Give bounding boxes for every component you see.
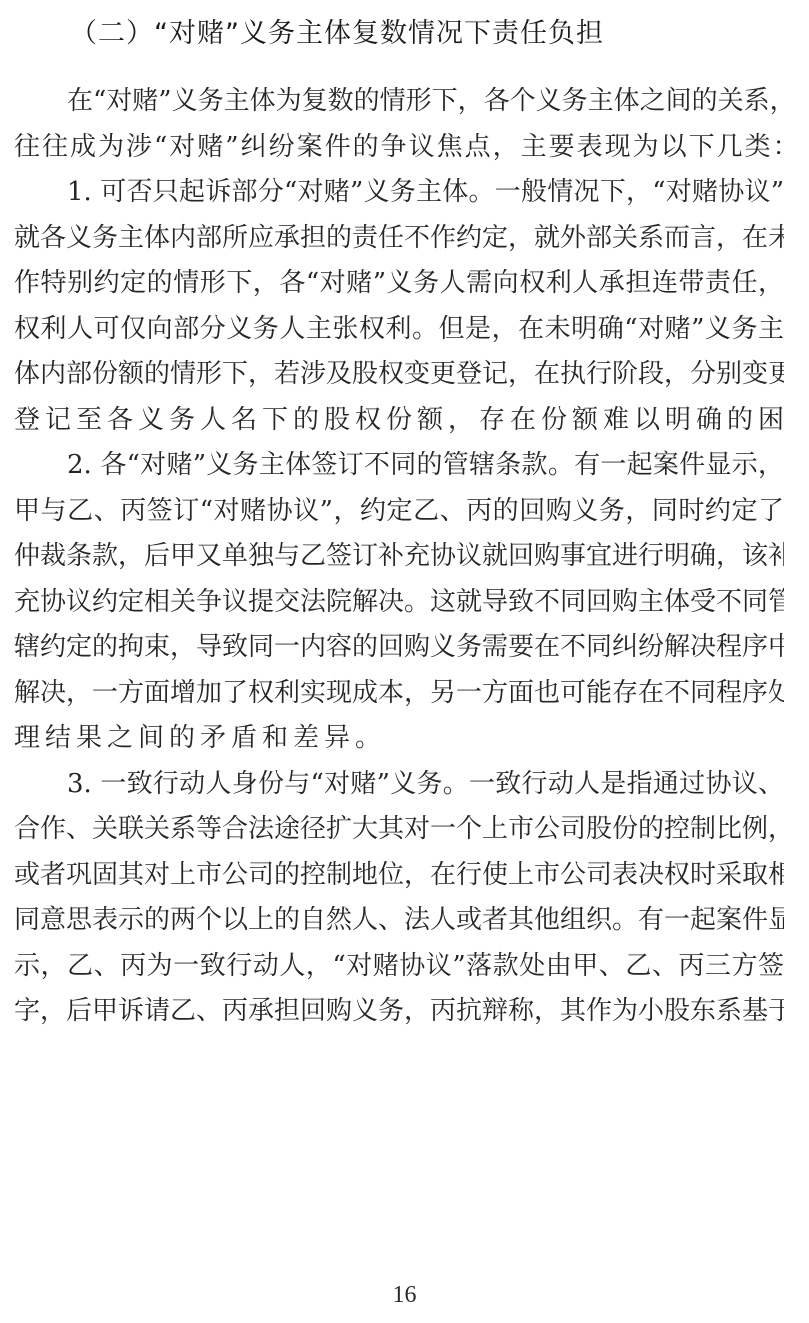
text-line: 仲裁条款，后甲又单独与乙签订补充协议就回购事宜进行明确，该补 xyxy=(14,534,784,580)
paragraph-item-3: 3. 一致行动人身份与“对赌”义务。一致行动人是指通过协议、 合作、关联关系等合… xyxy=(14,762,784,1035)
text-line: 1. 可否只起诉部分“对赌”义务主体。一般情况下，“对赌协议” xyxy=(14,170,784,216)
text-line: 或者巩固其对上市公司的控制地位，在行使上市公司表决权时采取相 xyxy=(14,853,784,899)
body-text: 在“对赌”义务主体为复数的情形下，各个义务主体之间的关系， 往往成为涉“对赌”纠… xyxy=(14,79,784,1035)
text-line: 作特别约定的情形下，各“对赌”义务人需向权利人承担连带责任， xyxy=(14,261,784,307)
text-line: 在“对赌”义务主体为复数的情形下，各个义务主体之间的关系， xyxy=(14,79,784,125)
text-line: 3. 一致行动人身份与“对赌”义务。一致行动人是指通过协议、 xyxy=(14,762,784,808)
text-line: 充协议约定相关争议提交法院解决。这就导致不同回购主体受不同管 xyxy=(14,580,784,626)
text-line: 体内部份额的情形下，若涉及股权变更登记，在执行阶段，分别变更 xyxy=(14,352,784,398)
paragraph-item-1: 1. 可否只起诉部分“对赌”义务主体。一般情况下，“对赌协议” 就各义务主体内部… xyxy=(14,170,784,443)
text-line: 登记至各义务人名下的股权份额，存在份额难以明确的困难。 xyxy=(14,398,784,444)
text-line: 解决，一方面增加了权利实现成本，另一方面也可能存在不同程序处 xyxy=(14,671,784,717)
paragraph-intro: 在“对赌”义务主体为复数的情形下，各个义务主体之间的关系， 往往成为涉“对赌”纠… xyxy=(14,79,784,170)
text-line: 辖约定的拘束，导致同一内容的回购义务需要在不同纠纷解决程序中 xyxy=(14,625,784,671)
text-line: 理结果之间的矛盾和差异。 xyxy=(14,716,784,762)
text-line: 往往成为涉“对赌”纠纷案件的争议焦点，主要表现为以下几类： xyxy=(14,125,784,171)
paragraph-item-2: 2. 各“对赌”义务主体签订不同的管辖条款。有一起案件显示， 甲与乙、丙签订“对… xyxy=(14,443,784,762)
page-number: 16 xyxy=(0,1280,809,1310)
text-line: 合作、关联关系等合法途径扩大其对一个上市公司股份的控制比例， xyxy=(14,807,784,853)
text-line: 权利人可仅向部分义务人主张权利。但是，在未明确“对赌”义务主 xyxy=(14,307,784,353)
text-line: 2. 各“对赌”义务主体签订不同的管辖条款。有一起案件显示， xyxy=(14,443,784,489)
document-page: （二）“对赌”义务主体复数情况下责任负担 在“对赌”义务主体为复数的情形下，各个… xyxy=(0,0,809,1323)
text-line: 示，乙、丙为一致行动人，“对赌协议”落款处由甲、乙、丙三方签 xyxy=(14,944,784,990)
section-heading: （二）“对赌”义务主体复数情况下责任负担 xyxy=(70,14,604,54)
text-line: 字，后甲诉请乙、丙承担回购义务，丙抗辩称，其作为小股东系基于 xyxy=(14,989,784,1035)
text-line: 就各义务主体内部所应承担的责任不作约定，就外部关系而言，在未 xyxy=(14,216,784,262)
text-line: 同意思表示的两个以上的自然人、法人或者其他组织。有一起案件显 xyxy=(14,898,784,944)
text-line: 甲与乙、丙签订“对赌协议”，约定乙、丙的回购义务，同时约定了 xyxy=(14,489,784,535)
